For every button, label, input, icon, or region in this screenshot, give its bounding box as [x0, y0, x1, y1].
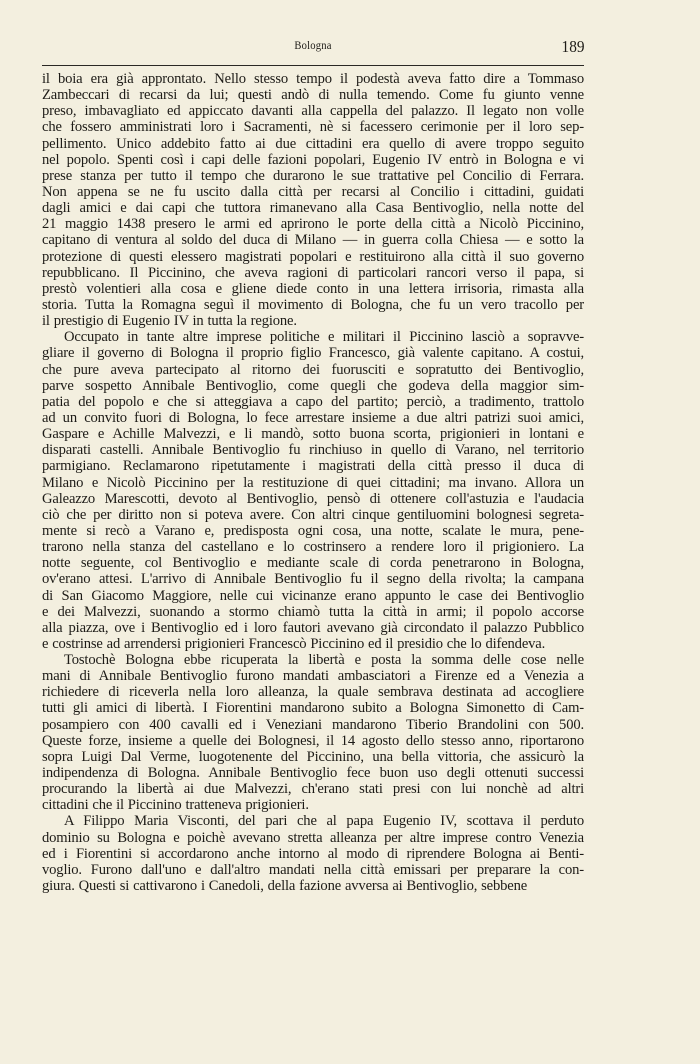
text-line: protezione di questi elessero magistrati…	[42, 249, 584, 265]
text-line: richiedere di riceverla nella loro allea…	[42, 684, 584, 700]
running-head: Bologna 189	[42, 38, 584, 58]
text-line: cittadini che il Piccinino tratteneva pr…	[42, 797, 584, 813]
text-line: preso, imbavagliato ed appiccato davanti…	[42, 103, 584, 119]
text-line: il prestigio di Eugenio IV in tutta la r…	[42, 313, 584, 329]
text-line: alla piazza, ove i Bentivoglio ed i loro…	[42, 620, 584, 636]
text-line: parve sospetto Annibale Bentivoglio, com…	[42, 378, 584, 394]
text-line: prese stanza per tutto il tempo che dura…	[42, 168, 584, 184]
text-line: pellimento. Unico addebito fatto ai due …	[42, 136, 584, 152]
text-line: A Filippo Maria Visconti, del pari che a…	[42, 813, 584, 829]
text-line: 21 maggio 1438 presero le armi ed apriro…	[42, 216, 584, 232]
text-line: trarono nella stanza del castellano e lo…	[42, 539, 584, 555]
text-line: posampiero con 400 cavalli ed i Venezian…	[42, 717, 584, 733]
text-line: Tostochè Bologna ebbe ricuperata la libe…	[42, 652, 584, 668]
paragraph: Tostochè Bologna ebbe ricuperata la libe…	[42, 652, 584, 813]
paragraph: Occupato in tante altre imprese politich…	[42, 329, 584, 652]
text-line: che pure aveva partecipato al ritorno de…	[42, 362, 584, 378]
text-line: e dei Malvezzi, suonando a stormo chiamò…	[42, 604, 584, 620]
text-line: Zambeccari di recarsi da lui; questi and…	[42, 87, 584, 103]
text-line: ed i Fiorentini si accordarono anche int…	[42, 846, 584, 862]
text-line: voglio. Furono dall'uno e dall'altro man…	[42, 862, 584, 878]
text-line: prestò volentieri alla cosa e gliene die…	[42, 281, 584, 297]
text-line: patia del popolo e che si atteggiava a c…	[42, 394, 584, 410]
paragraph: A Filippo Maria Visconti, del pari che a…	[42, 813, 584, 894]
text-line: notte seguente, col Bentivoglio e median…	[42, 555, 584, 571]
text-line: di San Giacomo Maggiore, nelle cui vicin…	[42, 588, 584, 604]
paragraph: il boia era già approntato. Nello stesso…	[42, 71, 584, 329]
page-number: 189	[561, 37, 584, 57]
text-line: Queste forze, insieme a quelle dei Bolog…	[42, 733, 584, 749]
text-line: Non appena se ne fu uscito dalla città p…	[42, 184, 584, 200]
text-line: Occupato in tante altre imprese politich…	[42, 329, 584, 345]
text-line: procurando la libertà ai due Malvezzi, c…	[42, 781, 584, 797]
text-line: nel popolo. Spenti così i capi delle faz…	[42, 152, 584, 168]
text-line: dagli amici e dai capi che tuttora riman…	[42, 200, 584, 216]
text-line: ov'erano attesi. L'arrivo di Annibale Be…	[42, 571, 584, 587]
text-line: repubblicano. Il Piccinino, che aveva ra…	[42, 265, 584, 281]
text-line: Galeazzo Marescotti, devoto al Bentivogl…	[42, 491, 584, 507]
text-line: indipendenza di Bologna. Annibale Bentiv…	[42, 765, 584, 781]
text-line: gliare il governo di Bologna il proprio …	[42, 345, 584, 361]
text-line: disparati castelli. Annibale Bentivoglio…	[42, 442, 584, 458]
text-line: giura. Questi si cattivarono i Canedoli,…	[42, 878, 584, 894]
text-line: sopra Luigi Dal Verme, luogotenente del …	[42, 749, 584, 765]
text-line: parmigiano. Reclamarono ripetutamente i …	[42, 458, 584, 474]
body-text: il boia era già approntato. Nello stesso…	[42, 71, 584, 894]
text-line: il boia era già approntato. Nello stesso…	[42, 71, 584, 87]
text-line: storia. Tutta la Romagna seguì il movime…	[42, 297, 584, 313]
text-line: dominio su Bologna e poichè avevano stre…	[42, 830, 584, 846]
text-line: tutti gli amici di libertà. I Fiorentini…	[42, 700, 584, 716]
text-line: Milano e Nicolò Piccinino per la restitu…	[42, 475, 584, 491]
text-line: mente si recò a Varano e, predisposta og…	[42, 523, 584, 539]
text-line: capitano di ventura al soldo del duca di…	[42, 232, 584, 248]
text-line: Gaspare e Achille Malvezzi, e li mandò, …	[42, 426, 584, 442]
text-line: e costrinse ad arrendersi prigionieri Fr…	[42, 636, 584, 652]
text-line: che fossero amministrati loro i Sacramen…	[42, 119, 584, 135]
running-title: Bologna	[64, 40, 563, 52]
text-line: mani di Annibale Bentivoglio furono mand…	[42, 668, 584, 684]
text-line: ad un convito fuori di Bologna, lo fece …	[42, 410, 584, 426]
header-rule	[42, 65, 584, 66]
text-line: ciò che per diritto non si poteva avere.…	[42, 507, 584, 523]
